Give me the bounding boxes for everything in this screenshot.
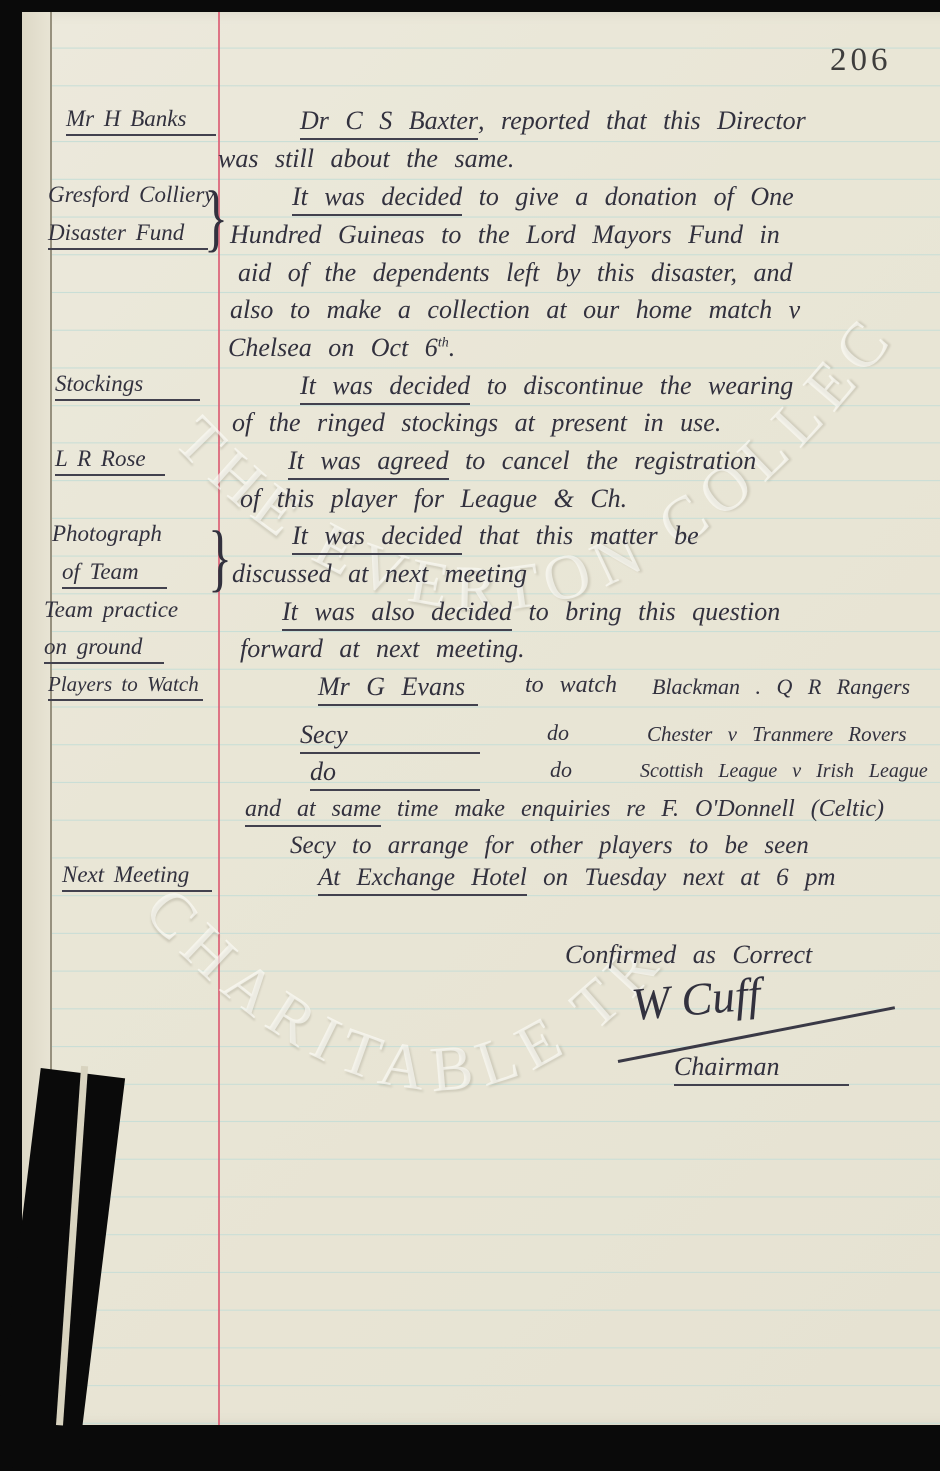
margin-note-practice-2: on ground [44,634,164,664]
minute-line: It was agreed to cancel the registration [288,446,756,480]
margin-note-practice-1: Team practice [44,597,178,623]
minute-line: It was decided that this matter be [292,521,699,555]
minute-line: Secy to arrange for other players to be … [290,832,809,860]
minute-line: discussed at next meeting [232,559,527,589]
watch-row-secy-target: Chester v Tranmere Rovers [647,722,907,747]
watch-row-secy: Secy [300,720,480,754]
minute-line: At Exchange Hotel on Tuesday next at 6 p… [318,864,835,896]
ledger-page: THE EVERTON COLLECTION CHARITABLE TRUST … [22,12,940,1425]
margin-note-banks: Mr H Banks [66,106,216,136]
minute-line: It was decided to discontinue the wearin… [300,371,793,405]
minute-line: Dr C S Baxter, reported that this Direct… [300,106,806,140]
watch-row-ditto-target: Scottish League v Irish League [640,760,928,783]
photograph-brace: } [208,514,232,601]
minute-line: It was also decided to bring this questi… [282,597,780,631]
gresford-brace: } [204,174,228,261]
minute-line: of the ringed stockings at present in us… [232,408,721,438]
margin-note-next-meeting: Next Meeting [62,862,212,892]
margin-note-photograph-2: of Team [62,559,167,589]
minute-line: forward at next meeting. [240,634,525,664]
watch-row-secy-ditto: do [547,720,569,746]
minute-line: It was decided to give a donation of One [292,182,794,216]
margin-note-gresford-1: Gresford Colliery [48,182,214,208]
minute-line: of this player for League & Ch. [240,484,627,514]
minute-line: Chelsea on Oct 6th. [228,333,455,363]
confirmation-text: Confirmed as Correct [565,940,812,970]
minute-line: Hundred Guineas to the Lord Mayors Fund … [230,220,780,250]
minute-line: and at same time make enquiries re F. O'… [245,796,884,827]
margin-note-photograph-1: Photograph [52,521,162,547]
minute-line: aid of the dependents left by this disas… [238,258,792,288]
watch-row-evans-task: to watch [525,672,617,699]
margin-note-gresford-2: Disaster Fund [48,220,208,250]
watch-row-evans: Mr G Evans [318,672,478,706]
minute-line: was still about the same. [218,144,514,174]
chairman-signature: W Cuff [629,967,762,1031]
page-number: 206 [830,42,892,79]
margin-note-stockings: Stockings [55,371,200,401]
chairman-role: Chairman [674,1052,849,1086]
watch-row-ditto-ditto: do [550,757,572,783]
watch-row-evans-target: Blackman . Q R Rangers [652,674,910,700]
margin-note-players: Players to Watch [48,672,203,701]
minute-line: also to make a collection at our home ma… [230,295,800,325]
margin-note-rose: L R Rose [55,446,165,476]
watch-row-ditto: do [310,757,480,791]
